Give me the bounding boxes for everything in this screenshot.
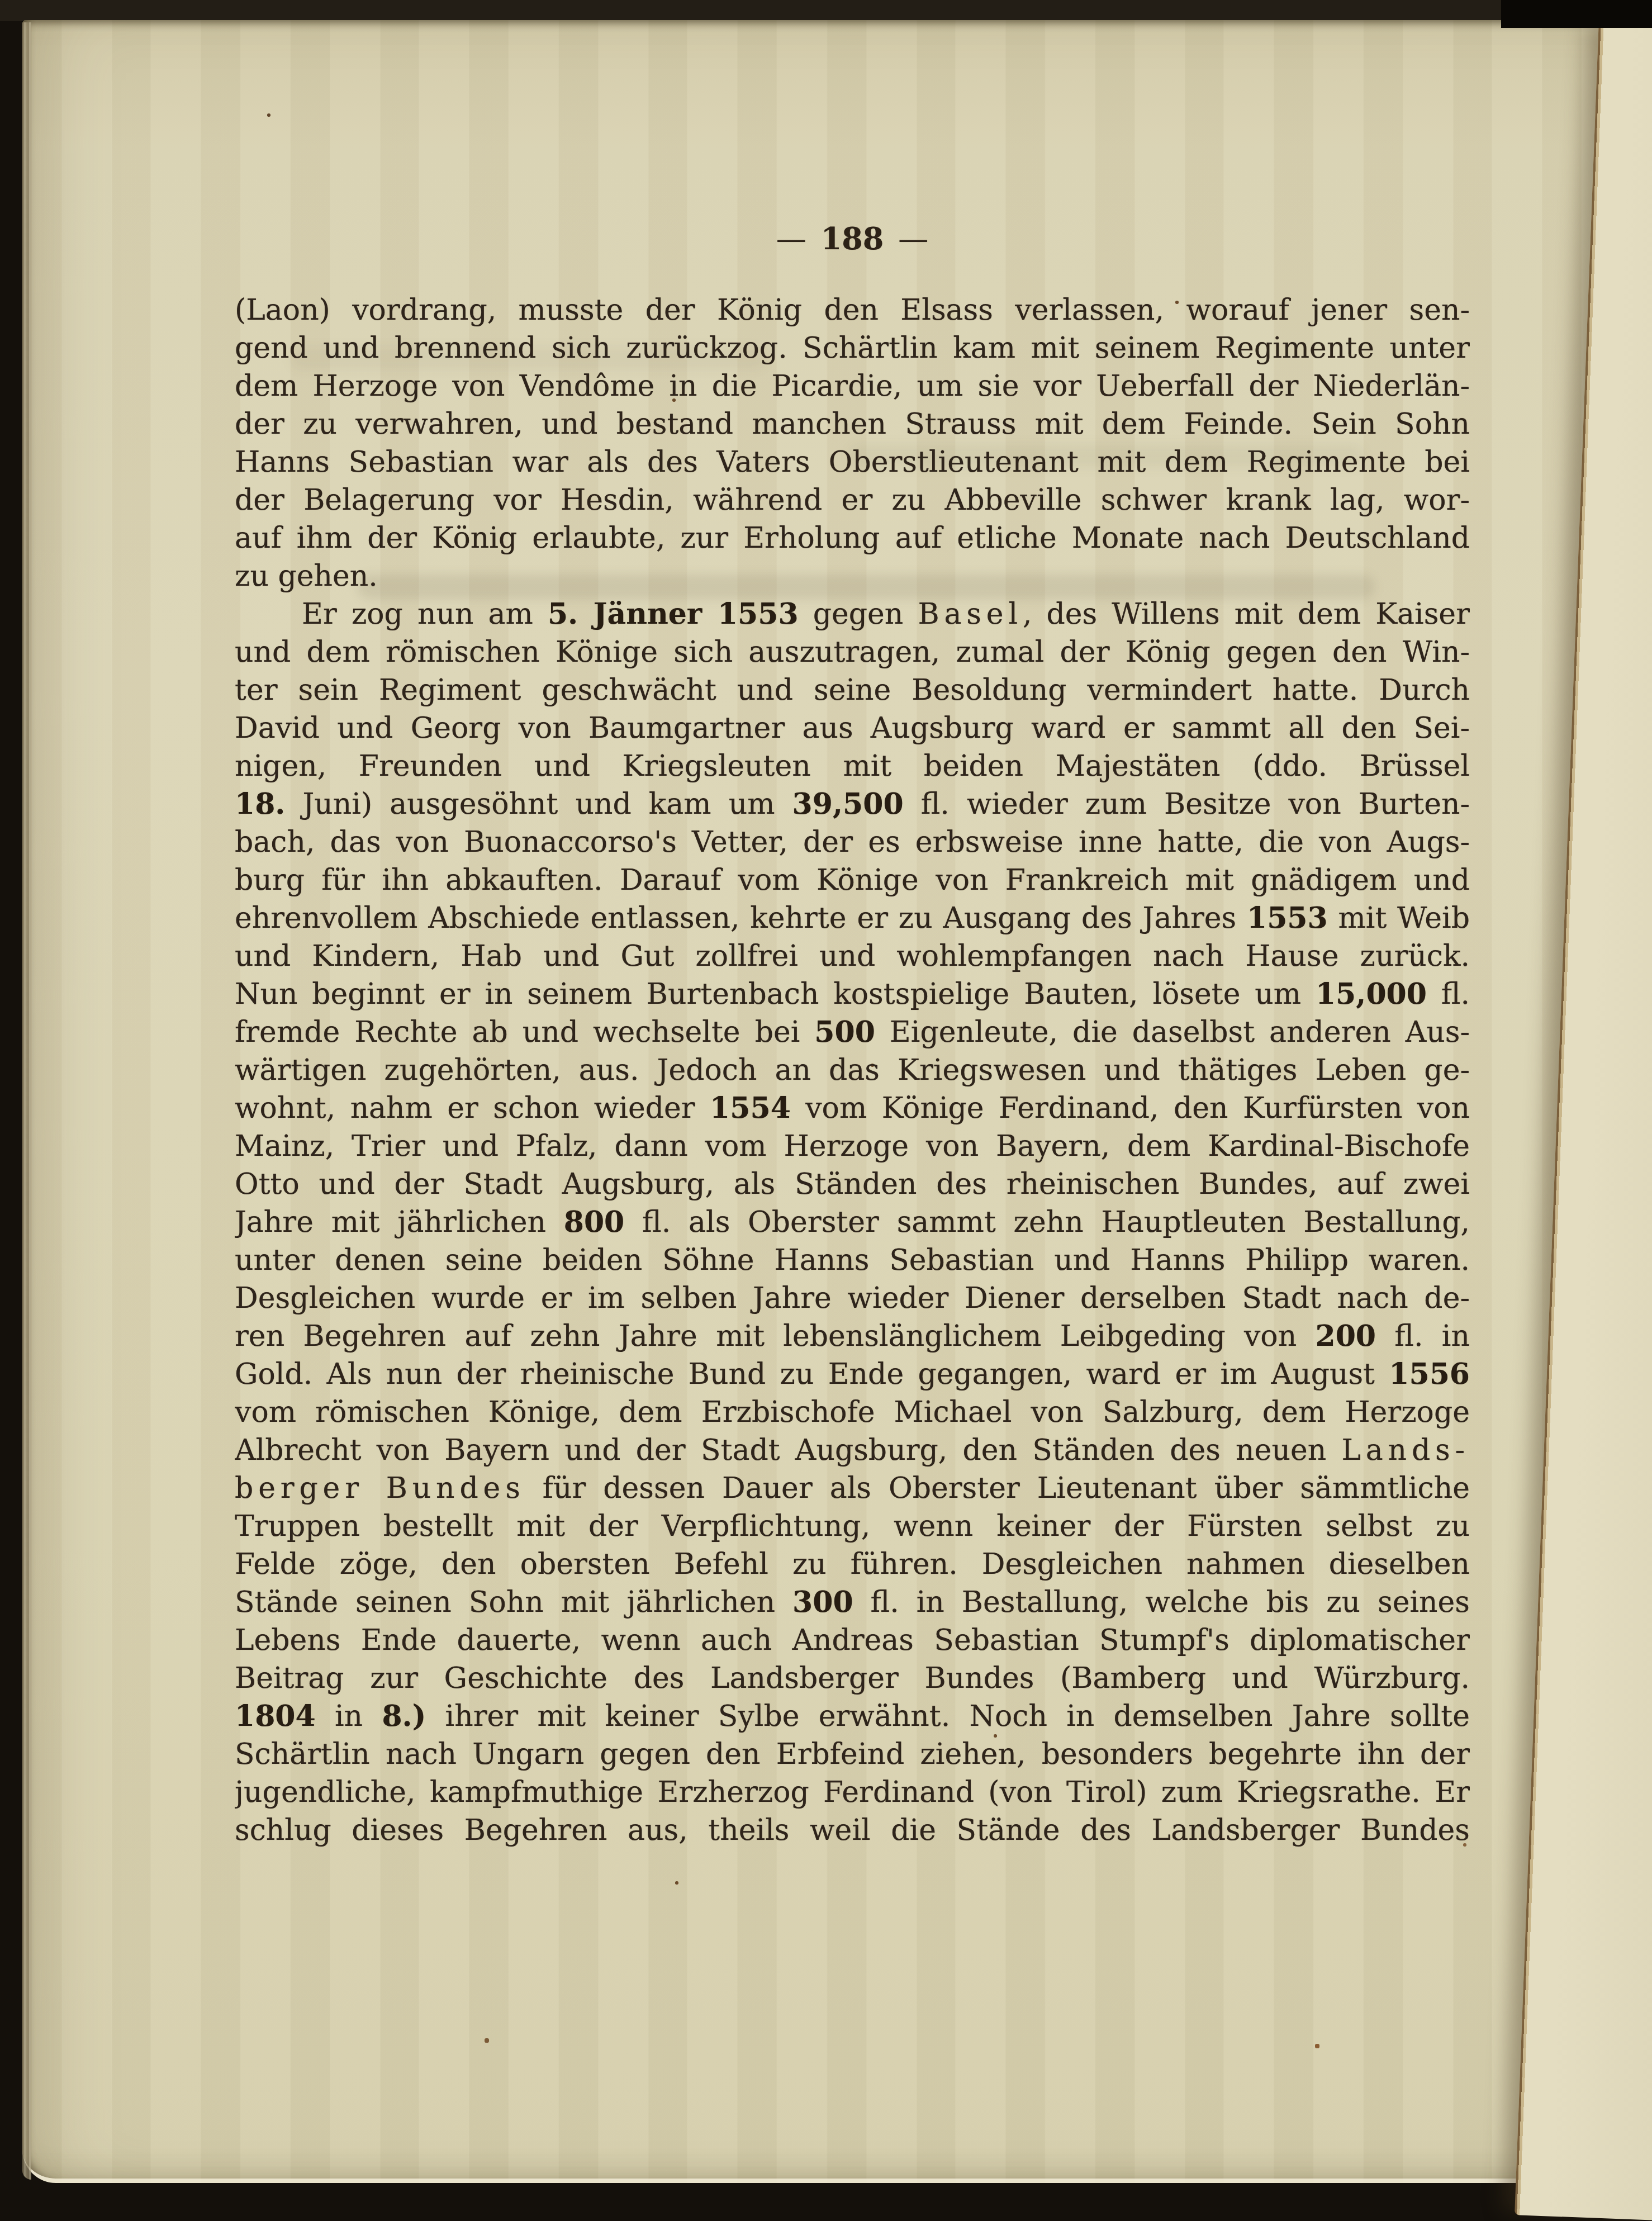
- text-line: wärtigen zugehörten, aus. Jedoch an das …: [235, 1051, 1470, 1089]
- text-run: in: [316, 1700, 382, 1733]
- bold-text: 15,000: [1316, 977, 1427, 1011]
- text-run: dem Herzoge von Vendôme in die Picardie,…: [235, 369, 1470, 403]
- text-line: dem Herzoge von Vendôme in die Picardie,…: [235, 367, 1470, 405]
- text-run: bach, das von Buonaccorso's Vetter, der …: [235, 825, 1470, 859]
- bold-text: 18.: [235, 787, 285, 821]
- text-line: gend und brennend sich zurückzog. Schärt…: [235, 329, 1470, 367]
- text-run: fl. in: [1376, 1320, 1470, 1353]
- text-run: der Belagerung vor Hesdin, während er zu…: [235, 483, 1470, 517]
- bold-text: 39,500: [792, 787, 904, 821]
- bold-text: 8.): [382, 1699, 426, 1733]
- text-line: berger Bundes für dessen Dauer als Obers…: [235, 1469, 1470, 1507]
- text-run: Felde zöge, den obersten Befehl zu führe…: [235, 1548, 1470, 1581]
- text-line: schlug dieses Begehren aus, theils weil …: [235, 1811, 1470, 1849]
- text-line: Stände seinen Sohn mit jährlichen 300 fl…: [235, 1583, 1470, 1621]
- spaced-text: Lands-: [1341, 1434, 1470, 1467]
- spaced-text: berger Bundes: [235, 1472, 525, 1505]
- text-line: ehrenvollem Abschiede entlassen, kehrte …: [235, 899, 1470, 937]
- text-run: Hanns Sebastian war als des Vaters Obers…: [235, 445, 1470, 479]
- text-line: der Belagerung vor Hesdin, während er zu…: [235, 481, 1470, 519]
- spaced-text: Basel: [918, 597, 1023, 631]
- text-run: ter sein Regiment geschwächt und seine B…: [235, 673, 1470, 707]
- text-run: nigen, Freunden und Kriegsleuten mit bei…: [235, 749, 1470, 783]
- text-line: der zu verwahren, und bestand manchen St…: [235, 405, 1470, 443]
- text-run: und Kindern, Hab und Gut zollfrei und wo…: [235, 939, 1470, 973]
- text-run: jugendliche, kampfmuthige Erzherzog Ferd…: [235, 1776, 1470, 1809]
- text-run: (Laon) vordrang, musste der König den El…: [235, 293, 1470, 327]
- text-line: auf ihm der König erlaubte, zur Erholung…: [235, 519, 1470, 557]
- text-line: burg für ihn abkauften. Darauf vom König…: [235, 861, 1470, 899]
- text-run: schlug dieses Begehren aus, theils weil …: [235, 1814, 1470, 1847]
- text-run: David und Georg von Baumgartner aus Augs…: [235, 711, 1470, 745]
- bold-text: 1553: [1247, 901, 1328, 935]
- book-photo: { "page": { "number": "188", "dash": "—"…: [0, 0, 1652, 2221]
- text-run: Stände seinen Sohn mit jährlichen: [235, 1586, 792, 1619]
- text-line: Truppen bestellt mit der Verpflichtung, …: [235, 1507, 1470, 1545]
- paragraph: (Laon) vordrang, musste der König den El…: [235, 291, 1470, 595]
- text-line: Hanns Sebastian war als des Vaters Obers…: [235, 443, 1470, 481]
- text-line: Gold. Als nun der rheinische Bund zu End…: [235, 1355, 1470, 1393]
- text-line: wohnt, nahm er schon wieder 1554 vom Kön…: [235, 1089, 1470, 1127]
- text-run: Desgleichen wurde er im selben Jahre wie…: [235, 1282, 1470, 1315]
- bold-text: 5. Jänner 1553: [548, 597, 799, 631]
- text-run: wohnt, nahm er schon wieder: [235, 1091, 710, 1125]
- text-run: wärtigen zugehörten, aus. Jedoch an das …: [235, 1053, 1470, 1087]
- text-line: Felde zöge, den obersten Befehl zu führe…: [235, 1545, 1470, 1583]
- text-line: Er zog nun am 5. Jänner 1553 gegen Basel…: [235, 595, 1470, 633]
- text-line: Otto und der Stadt Augsburg, als Ständen…: [235, 1165, 1470, 1203]
- text-line: Beitrag zur Geschichte des Landsberger B…: [235, 1659, 1470, 1697]
- text-line: Desgleichen wurde er im selben Jahre wie…: [235, 1279, 1470, 1317]
- text-run: Otto und der Stadt Augsburg, als Ständen…: [235, 1168, 1470, 1201]
- text-run: vom Könige Ferdinand, den Kurfürsten von: [791, 1091, 1470, 1125]
- text-run: Jahre mit jährlichen: [235, 1206, 564, 1239]
- bold-text: 800: [564, 1205, 625, 1239]
- bold-text: 1556: [1389, 1357, 1470, 1391]
- text-run: Beitrag zur Geschichte des Landsberger B…: [235, 1662, 1470, 1695]
- text-run: für dessen Dauer als Oberster Lieutenant…: [525, 1472, 1470, 1505]
- text-run: fremde Rechte ab und wechselte bei: [235, 1015, 814, 1049]
- text-line: zu gehen.: [235, 557, 1470, 595]
- text-line: David und Georg von Baumgartner aus Augs…: [235, 709, 1470, 747]
- text-block: (Laon) vordrang, musste der König den El…: [235, 291, 1470, 1849]
- text-run: Schärtlin nach Ungarn gegen den Erbfeind…: [235, 1738, 1470, 1771]
- text-run: burg für ihn abkauften. Darauf vom König…: [235, 863, 1470, 897]
- text-line: Nun beginnt er in seinem Burtenbach kost…: [235, 975, 1470, 1013]
- text-run: , des Willens mit dem Kaiser: [1023, 597, 1470, 631]
- text-run: unter denen seine beiden Söhne Hanns Seb…: [235, 1244, 1470, 1277]
- text-line: nigen, Freunden und Kriegsleuten mit bei…: [235, 747, 1470, 785]
- text-line: 18. Juni) ausgesöhnt und kam um 39,500 f…: [235, 785, 1470, 823]
- text-line: (Laon) vordrang, musste der König den El…: [235, 291, 1470, 329]
- text-line: Schärtlin nach Ungarn gegen den Erbfeind…: [235, 1735, 1470, 1773]
- text-run: Truppen bestellt mit der Verpflichtung, …: [235, 1510, 1470, 1543]
- text-line: 1804 in 8.) ihrer mit keiner Sylbe erwäh…: [235, 1697, 1470, 1735]
- page-number: —188—: [235, 221, 1470, 256]
- text-run: gegen: [799, 597, 918, 631]
- text-run: Nun beginnt er in seinem Burtenbach kost…: [235, 977, 1316, 1011]
- text-run: und dem römischen Könige sich auszutrage…: [235, 635, 1470, 669]
- text-run: Mainz, Trier und Pfalz, dann vom Herzoge…: [235, 1130, 1470, 1163]
- text-run: auf ihm der König erlaubte, zur Erholung…: [235, 521, 1470, 555]
- text-line: und dem römischen Könige sich auszutrage…: [235, 633, 1470, 671]
- text-run: ihrer mit keiner Sylbe erwähnt. Noch in …: [426, 1700, 1470, 1733]
- text-run: Juni) ausgesöhnt und kam um: [285, 787, 792, 821]
- folio-dash: —: [776, 221, 806, 257]
- text-run: Lebens Ende dauerte, wenn auch Andreas S…: [235, 1624, 1470, 1657]
- text-run: fl. wieder zum Besitze von Burten-: [904, 787, 1470, 821]
- folio-dash: —: [898, 221, 928, 257]
- text-run: Eigenleute, die daselbst anderen Aus-: [875, 1015, 1470, 1049]
- text-line: Jahre mit jährlichen 800 fl. als Oberste…: [235, 1203, 1470, 1241]
- text-run: Albrecht von Bayern und der Stadt Augsbu…: [235, 1434, 1341, 1467]
- text-line: Lebens Ende dauerte, wenn auch Andreas S…: [235, 1621, 1470, 1659]
- text-line: Mainz, Trier und Pfalz, dann vom Herzoge…: [235, 1127, 1470, 1165]
- bold-text: 300: [792, 1585, 853, 1619]
- text-line: bach, das von Buonaccorso's Vetter, der …: [235, 823, 1470, 861]
- text-run: fl.: [1427, 977, 1470, 1011]
- text-run: ren Begehren auf zehn Jahre mit lebenslä…: [235, 1320, 1315, 1353]
- text-line: vom römischen Könige, dem Erzbischofe Mi…: [235, 1393, 1470, 1431]
- page-content: —188— (Laon) vordrang, musste der König …: [0, 0, 1652, 2221]
- text-run: gend und brennend sich zurückzog. Schärt…: [235, 331, 1470, 365]
- text-line: ren Begehren auf zehn Jahre mit lebenslä…: [235, 1317, 1470, 1355]
- text-line: ter sein Regiment geschwächt und seine B…: [235, 671, 1470, 709]
- bold-text: 500: [814, 1015, 875, 1049]
- text-run: Er zog nun am: [302, 597, 548, 631]
- text-run: Gold. Als nun der rheinische Bund zu End…: [235, 1358, 1389, 1391]
- text-line: und Kindern, Hab und Gut zollfrei und wo…: [235, 937, 1470, 975]
- text-line: unter denen seine beiden Söhne Hanns Seb…: [235, 1241, 1470, 1279]
- text-line: Albrecht von Bayern und der Stadt Augsbu…: [235, 1431, 1470, 1469]
- bold-text: 1554: [710, 1091, 791, 1125]
- paragraph: Er zog nun am 5. Jänner 1553 gegen Basel…: [235, 595, 1470, 1849]
- text-line: jugendliche, kampfmuthige Erzherzog Ferd…: [235, 1773, 1470, 1811]
- text-run: ehrenvollem Abschiede entlassen, kehrte …: [235, 901, 1247, 935]
- text-run: fl. in Bestallung, welche bis zu seines: [853, 1586, 1470, 1619]
- text-run: mit Weib: [1328, 901, 1470, 935]
- bold-text: 1804: [235, 1699, 316, 1733]
- text-run: fl. als Oberster sammt zehn Hauptleuten …: [624, 1206, 1470, 1239]
- folio-number: 188: [821, 221, 884, 257]
- text-line: fremde Rechte ab und wechselte bei 500 E…: [235, 1013, 1470, 1051]
- bold-text: 200: [1315, 1319, 1376, 1353]
- text-run: vom römischen Könige, dem Erzbischofe Mi…: [235, 1396, 1470, 1429]
- text-run: der zu verwahren, und bestand manchen St…: [235, 407, 1470, 441]
- text-run: zu gehen.: [235, 559, 378, 593]
